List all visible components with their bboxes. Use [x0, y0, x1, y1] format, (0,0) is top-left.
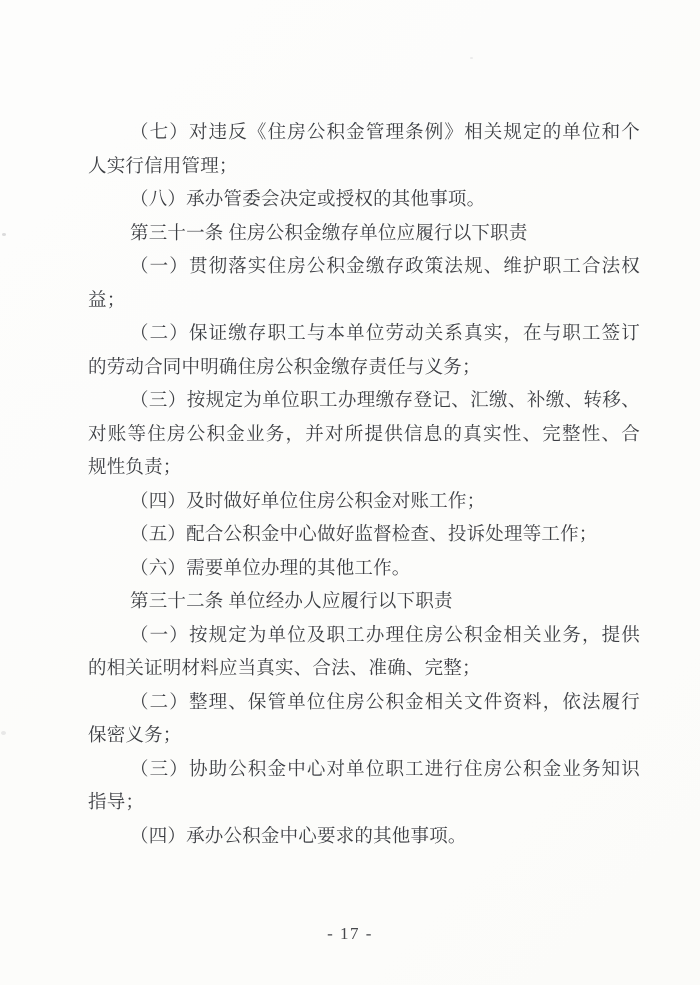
- text-line: 指导；: [88, 787, 640, 821]
- text-line: （四）及时做好单位住房公积金对账工作；: [88, 486, 640, 520]
- scan-speck: [470, 57, 473, 59]
- text-line: （三）协助公积金中心对单位职工进行住房公积金业务知识: [88, 754, 640, 788]
- text-line: （二）保证缴存职工与本单位劳动关系真实，在与职工签订: [88, 318, 640, 352]
- text-line: （五）配合公积金中心做好监督检查、投诉处理等工作；: [88, 519, 640, 553]
- scan-speck: [1, 731, 6, 735]
- text-line: 保密义务；: [88, 720, 640, 754]
- document-body: （七）对违反《住房公积金管理条例》相关规定的单位和个人实行信用管理；（八）承办管…: [88, 117, 640, 854]
- document-page: （七）对违反《住房公积金管理条例》相关规定的单位和个人实行信用管理；（八）承办管…: [0, 0, 700, 985]
- text-line: 的劳动合同中明确住房公积金缴存责任与义务；: [88, 352, 640, 386]
- text-line: 人实行信用管理；: [88, 151, 640, 185]
- text-line: （八）承办管委会决定或授权的其他事项。: [88, 184, 640, 218]
- text-line: （一）贯彻落实住房公积金缴存政策法规、维护职工合法权: [88, 251, 640, 285]
- page-number: - 17 -: [0, 924, 700, 944]
- text-line: 对账等住房公积金业务，并对所提供信息的真实性、完整性、合: [88, 419, 640, 453]
- scan-speck: [2, 233, 6, 236]
- text-line: （四）承办公积金中心要求的其他事项。: [88, 821, 640, 855]
- text-line: （七）对违反《住房公积金管理条例》相关规定的单位和个: [88, 117, 640, 151]
- text-line: （一）按规定为单位及职工办理住房公积金相关业务，提供: [88, 620, 640, 654]
- article-heading-line: 第三十一条 住房公积金缴存单位应履行以下职责: [88, 218, 640, 252]
- text-line: 益；: [88, 285, 640, 319]
- text-line: （二）整理、保管单位住房公积金相关文件资料，依法履行: [88, 687, 640, 721]
- text-line: （三）按规定为单位职工办理缴存登记、汇缴、补缴、转移、: [88, 385, 640, 419]
- text-line: 的相关证明材料应当真实、合法、准确、完整；: [88, 653, 640, 687]
- text-line: （六）需要单位办理的其他工作。: [88, 553, 640, 587]
- text-line: 规性负责；: [88, 452, 640, 486]
- article-heading-line: 第三十二条 单位经办人应履行以下职责: [88, 586, 640, 620]
